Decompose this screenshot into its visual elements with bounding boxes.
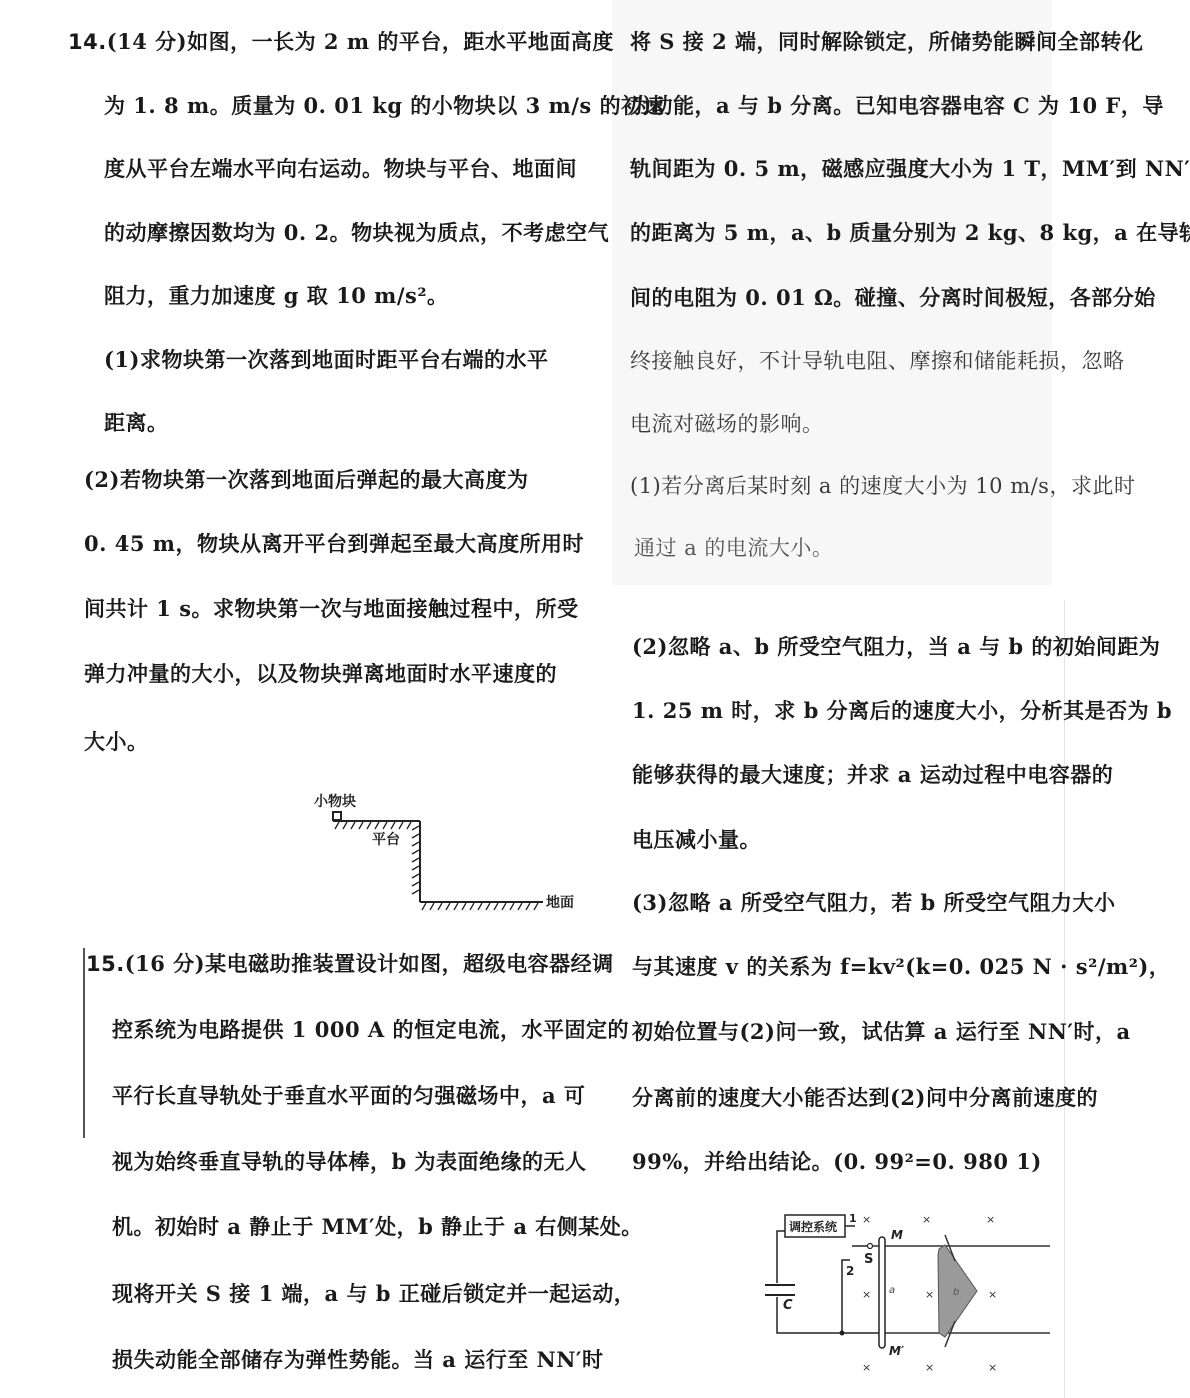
- q14-score: (14 分): [107, 29, 187, 54]
- scan-margin-line: [83, 948, 85, 1138]
- q14-part2-line-0: (2)若物块第一次落到地面后弹起的最大高度为: [84, 466, 528, 494]
- svg-text:×: ×: [986, 1213, 995, 1226]
- q14-part2-line-1: 0. 45 m，物块从离开平台到弹起至最大高度所用时: [84, 530, 584, 558]
- q15-line-5: 现将开关 S 接 1 端，a 与 b 正碰后锁定并一起运动，: [112, 1280, 635, 1308]
- q15-right-line-6: 电流对磁场的影响。: [630, 410, 824, 438]
- q15-line-1: 控系统为电路提供 1 000 A 的恒定电流，水平固定的: [112, 1016, 629, 1044]
- q15-part1-line-0: (1)若分离后某时刻 a 的速度大小为 10 m/s，求此时: [630, 472, 1135, 500]
- q14-part2-line-4: 大小。: [84, 728, 149, 756]
- q15-number: 15.: [86, 952, 125, 976]
- block-icon: [333, 812, 341, 820]
- svg-text:2: 2: [846, 1264, 854, 1278]
- q15-part3-line-0: (3)忽略 a 所受空气阻力，若 b 所受空气阻力大小: [632, 889, 1116, 917]
- q14-part1-line-1: 距离。: [104, 409, 169, 437]
- svg-text:×: ×: [922, 1213, 931, 1226]
- q14-line-4: 阻力，重力加速度 g 取 10 m/s²。: [104, 282, 449, 310]
- ground-label: 地面: [546, 894, 574, 911]
- q15-part1-line-1: 通过 a 的电流大小。: [634, 534, 833, 562]
- q14-line-3: 的动摩擦因数均为 0. 2。物块视为质点，不考虑空气: [104, 219, 609, 247]
- q15-part3-line-2: 初始位置与(2)问一致，试估算 a 运行至 NN′时，a: [632, 1018, 1131, 1046]
- svg-text:×: ×: [925, 1288, 934, 1301]
- platform-label: 平台: [372, 831, 400, 848]
- q15-part3-line-3: 分离前的速度大小能否达到(2)问中分离前速度的: [632, 1084, 1098, 1112]
- q15-part2-line-2: 能够获得的最大速度；并求 a 运动过程中电容器的: [632, 761, 1113, 789]
- conductor-rod-a: [879, 1237, 885, 1348]
- svg-text:M′: M′: [889, 1344, 905, 1358]
- q14-part2-line-3: 弹力冲量的大小，以及物块弹离地面时水平速度的: [84, 660, 557, 688]
- q14-number: 14.: [68, 30, 107, 54]
- q15-line-6: 损失动能全部储存为弹性势能。当 a 运行至 NN′时: [112, 1346, 603, 1374]
- svg-text:M: M: [891, 1228, 903, 1242]
- svg-text:×: ×: [862, 1361, 871, 1374]
- q15-part2-line-1: 1. 25 m 时，求 b 分离后的速度大小，分析其是否为 b: [632, 697, 1172, 725]
- svg-text:×: ×: [925, 1361, 934, 1374]
- switch-s: [868, 1244, 873, 1249]
- svg-text:×: ×: [862, 1288, 871, 1301]
- svg-text:×: ×: [988, 1288, 997, 1301]
- q14-part1-line-0: (1)求物块第一次落到地面时距平台右端的水平: [104, 346, 548, 374]
- capacitor-label: C: [783, 1298, 793, 1313]
- q15-score: (16 分): [125, 951, 205, 976]
- q15-right-line-2: 轨间距为 0. 5 m，磁感应强度大小为 1 T，MM′到 NN′: [630, 155, 1190, 183]
- svg-text:S: S: [864, 1252, 873, 1267]
- q15-line-0: 15.(16 分)某电磁助推装置设计如图，超级电容器经调: [86, 950, 614, 978]
- q14-line-0: 14.(14 分)如图，一长为 2 m 的平台，距水平地面高度: [68, 28, 614, 56]
- q14-line-2: 度从平台左端水平向右运动。物块与平台、地面间: [104, 155, 577, 183]
- svg-text:1: 1: [849, 1212, 857, 1225]
- q15-part3-line-4: 99%，并给出结论。(0. 99²=0. 980 1): [632, 1148, 1042, 1176]
- q15-right-line-4: 间的电阻为 0. 01 Ω。碰撞、分离时间极短，各部分始: [630, 284, 1156, 312]
- svg-text:×: ×: [988, 1361, 997, 1374]
- q15-part2-line-0: (2)忽略 a、b 所受空气阻力，当 a 与 b 的初始间距为: [632, 633, 1160, 661]
- q15-right-line-1: 为动能，a 与 b 分离。已知电容器电容 C 为 10 F，导: [630, 92, 1164, 120]
- launcher-circuit-diagram: ××× ××× ××× 调控系统 1 C S 2: [755, 1205, 1055, 1390]
- q14-line-1: 为 1. 8 m。质量为 0. 01 kg 的小物块以 3 m/s 的初速: [104, 92, 664, 120]
- q15-part3-line-1: 与其速度 v 的关系为 f=kv²(k=0. 025 N · s²/m²)，: [632, 953, 1170, 981]
- q15-right-line-5: 终接触良好，不计导轨电阻、摩擦和储能耗损，忽略: [630, 347, 1125, 375]
- q15-right-line-0: 将 S 接 2 端，同时解除锁定，所储势能瞬间全部转化: [630, 28, 1144, 56]
- svg-text:b: b: [953, 1287, 959, 1298]
- block-label: 小物块: [314, 793, 356, 810]
- q15-part2-line-3: 电压减小量。: [632, 826, 761, 854]
- q15-line-3: 视为始终垂直导轨的导体棒，b 为表面绝缘的无人: [112, 1148, 587, 1176]
- q15-line-2: 平行长直导轨处于垂直水平面的匀强磁场中，a 可: [112, 1082, 585, 1110]
- q14-part2-line-2: 间共计 1 s。求物块第一次与地面接触过程中，所受: [84, 595, 579, 623]
- svg-text:调控系统: 调控系统: [789, 1219, 837, 1234]
- q15-right-line-3: 的距离为 5 m，a、b 质量分别为 2 kg、8 kg，a 在导轨: [630, 219, 1190, 247]
- svg-text:a: a: [889, 1285, 895, 1296]
- q15-line-4: 机。初始时 a 静止于 MM′处，b 静止于 a 右侧某处。: [112, 1213, 643, 1241]
- platform-diagram: 小物块 平台: [300, 784, 590, 919]
- svg-text:×: ×: [862, 1213, 871, 1226]
